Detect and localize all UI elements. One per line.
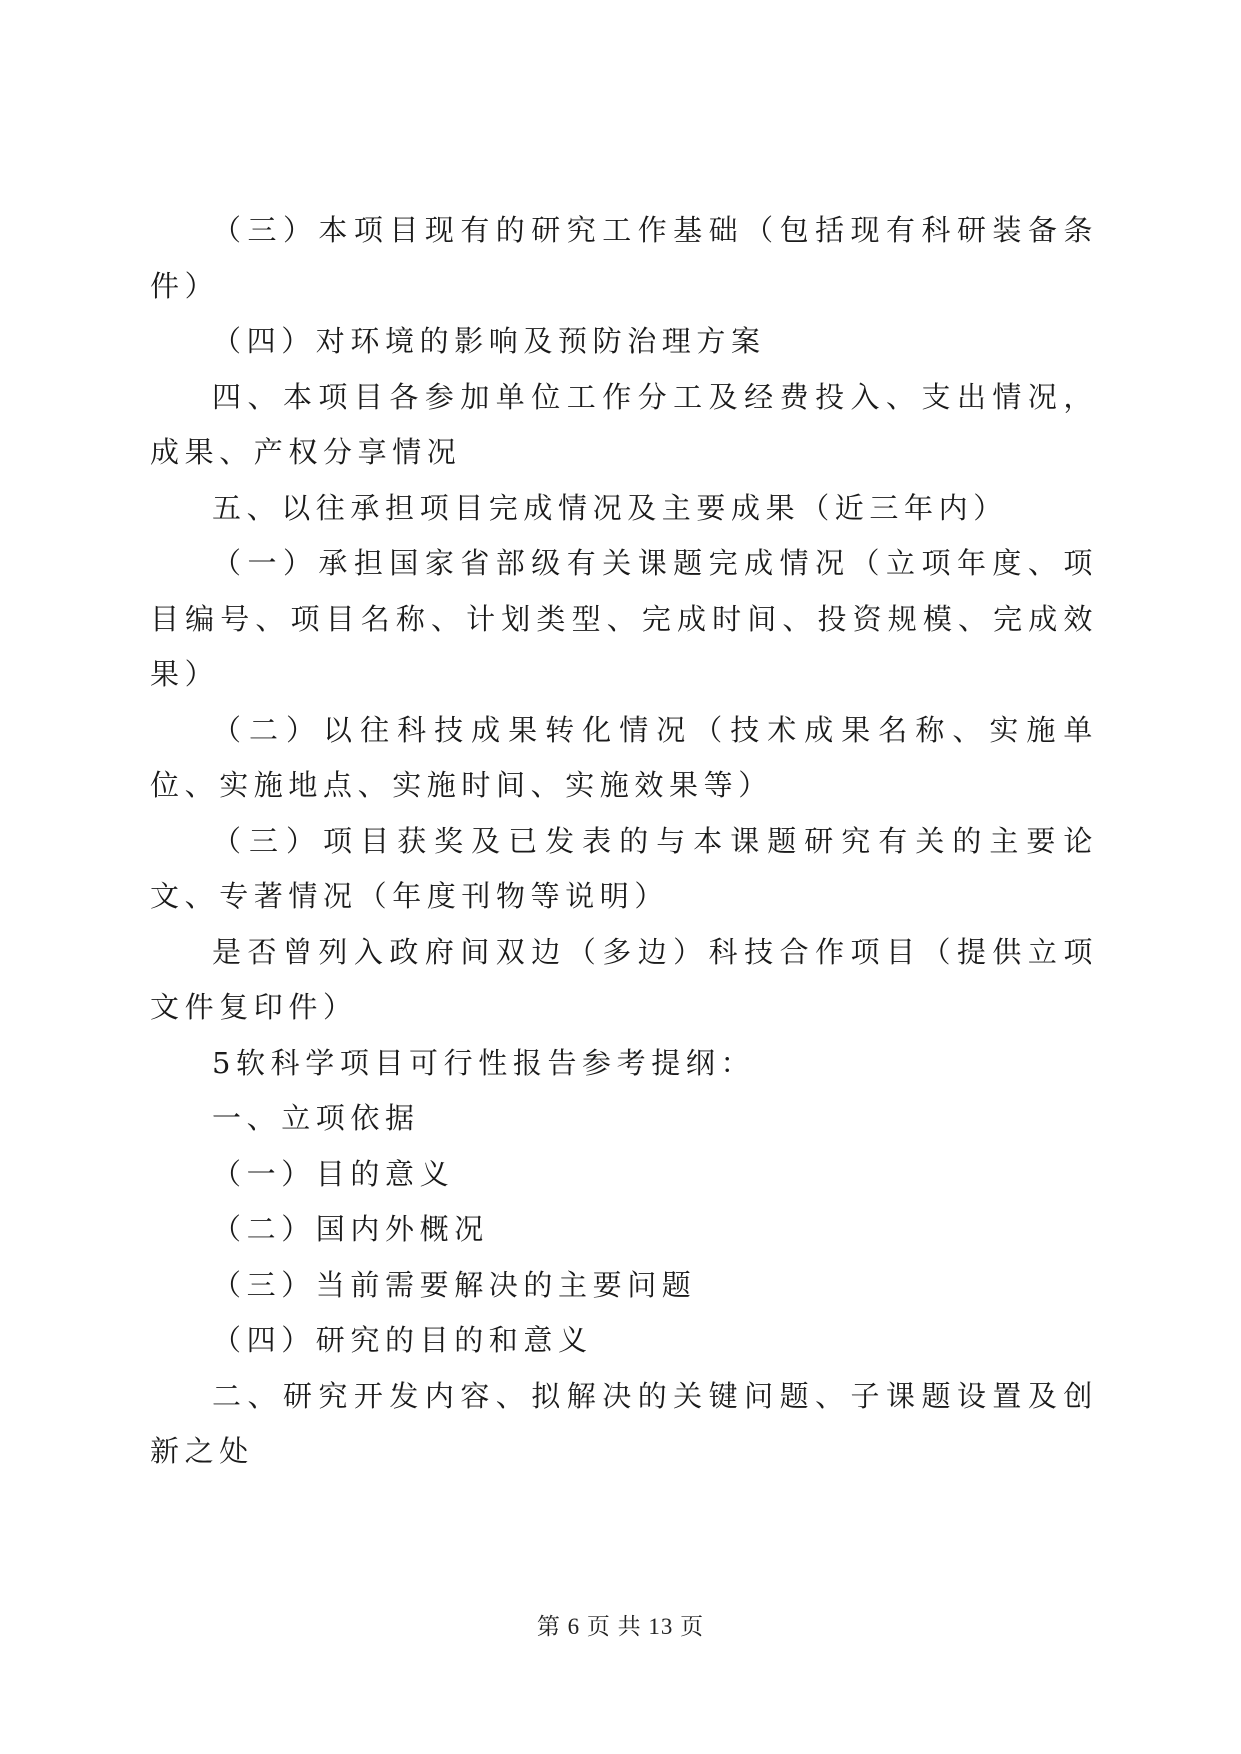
paragraph-existing-research-basis: （三）本项目现有的研究工作基础（包括现有科研装备条件） [150, 203, 1098, 314]
paragraph-environmental-impact: （四）对环境的影响及预防治理方案 [150, 314, 1098, 370]
heading-soft-science-outline: 5软科学项目可行性报告参考提纲： [150, 1036, 1098, 1092]
page-number-footer: 第 6 页 共 13 页 [0, 1608, 1241, 1641]
heading-research-content: 二、研究开发内容、拟解决的关键问题、子课题设置及创新之处 [150, 1369, 1098, 1480]
paragraph-section-five-past-projects: 五、以往承担项目完成情况及主要成果（近三年内） [150, 481, 1098, 537]
paragraph-purpose-significance: （一）目的意义 [150, 1147, 1098, 1203]
paragraph-research-purpose: （四）研究的目的和意义 [150, 1313, 1098, 1369]
paragraph-main-problems: （三）当前需要解决的主要问题 [150, 1258, 1098, 1314]
paragraph-national-projects: （一）承担国家省部级有关课题完成情况（立项年度、项目编号、项目名称、计划类型、完… [150, 536, 1098, 703]
paragraph-tech-transfer: （二）以往科技成果转化情况（技术成果名称、实施单位、实施地点、实施时间、实施效果… [150, 703, 1098, 814]
document-body: （三）本项目现有的研究工作基础（包括现有科研装备条件） （四）对环境的影响及预防… [150, 203, 1098, 1480]
paragraph-section-four-division-of-work: 四、本项目各参加单位工作分工及经费投入、支出情况，成果、产权分享情况 [150, 370, 1098, 481]
paragraph-intergovernmental-cooperation: 是否曾列入政府间双边（多边）科技合作项目（提供立项文件复印件） [150, 925, 1098, 1036]
paragraph-awards-publications: （三）项目获奖及已发表的与本课题研究有关的主要论文、专著情况（年度刊物等说明） [150, 814, 1098, 925]
document-page: （三）本项目现有的研究工作基础（包括现有科研装备条件） （四）对环境的影响及预防… [0, 0, 1241, 1754]
paragraph-domestic-foreign-overview: （二）国内外概况 [150, 1202, 1098, 1258]
heading-project-basis: 一、立项依据 [150, 1091, 1098, 1147]
